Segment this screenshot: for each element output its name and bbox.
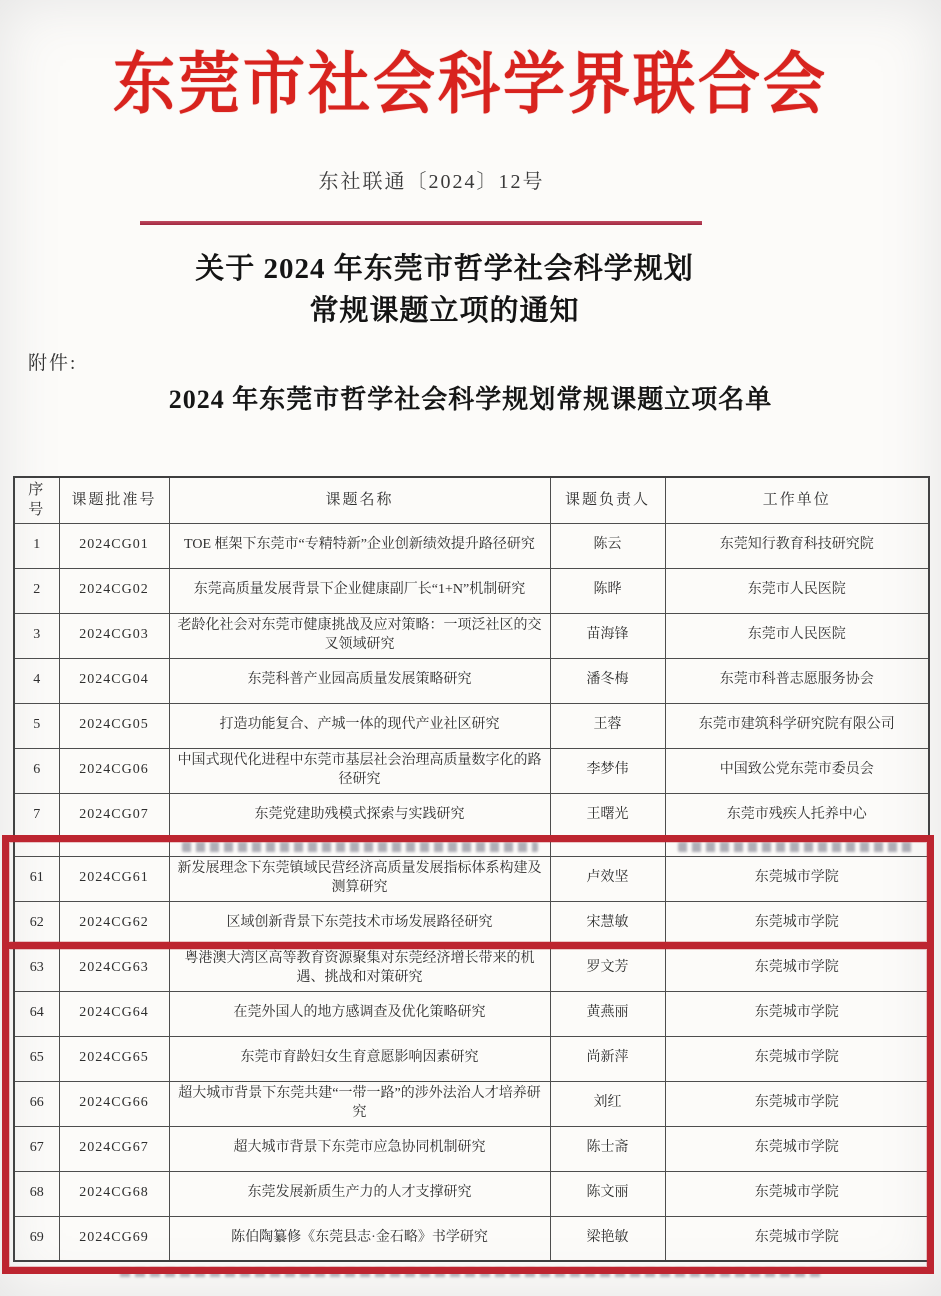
cell-no: 67 <box>14 1126 59 1171</box>
cell-code: 2024CG68 <box>59 1171 169 1216</box>
red-separator-line <box>140 221 702 225</box>
cell-leader: 尚新萍 <box>550 1036 665 1081</box>
cell-unit: 东莞城市学院 <box>665 946 929 991</box>
table-row: 642024CG64在莞外国人的地方感调查及优化策略研究黄燕丽东莞城市学院 <box>14 991 929 1036</box>
cell-no: 6 <box>14 748 59 793</box>
cell-code: 2024CG05 <box>59 703 169 748</box>
document-page: 东莞市社会科学界联合会 东社联通〔2024〕12号 关于 2024 年东莞市哲学… <box>0 0 941 1296</box>
cell-code: 2024CG03 <box>59 613 169 658</box>
obscured-text <box>678 842 917 852</box>
gap-cell <box>59 838 169 856</box>
cell-unit: 东莞城市学院 <box>665 1171 929 1216</box>
cell-code: 2024CG66 <box>59 1081 169 1126</box>
doc-number: 东社联通〔2024〕12号 <box>0 165 941 194</box>
cell-code: 2024CG04 <box>59 658 169 703</box>
org-title: 东莞市社会科学界联合会 <box>0 30 941 126</box>
cell-title: 东莞党建助残模式探索与实践研究 <box>169 793 550 838</box>
cell-leader: 李梦伟 <box>550 748 665 793</box>
cell-title: 打造功能复合、产城一体的现代产业社区研究 <box>169 703 550 748</box>
table-row: 662024CG66超大城市背景下东莞共建“一带一路”的涉外法治人才培养研究刘红… <box>14 1081 929 1126</box>
cell-title: 老龄化社会对东莞市健康挑战及应对策略：一项泛社区的交叉领域研究 <box>169 613 550 658</box>
cell-code: 2024CG69 <box>59 1216 169 1261</box>
header-title: 课题名称 <box>169 477 550 523</box>
cell-leader: 王曙光 <box>550 793 665 838</box>
list-title: 2024 年东莞市哲学社会科学规划常规课题立项名单 <box>0 379 941 416</box>
cell-no: 5 <box>14 703 59 748</box>
header-leader: 课题负责人 <box>550 477 665 523</box>
table-row: 22024CG02东莞高质量发展背景下企业健康副厂长“1+N”机制研究陈晔东莞市… <box>14 568 929 613</box>
table-row: 42024CG04东莞科普产业园高质量发展策略研究潘冬梅东莞市科普志愿服务协会 <box>14 658 929 703</box>
obscured-text-bottom <box>120 1268 820 1277</box>
header-unit: 工作单位 <box>665 477 929 523</box>
cell-unit: 东莞城市学院 <box>665 901 929 946</box>
table-row: 632024CG63粤港澳大湾区高等教育资源聚集对东莞经济增长带来的机遇、挑战和… <box>14 946 929 991</box>
cell-no: 1 <box>14 523 59 568</box>
cell-no: 66 <box>14 1081 59 1126</box>
cell-unit: 东莞城市学院 <box>665 1126 929 1171</box>
cell-code: 2024CG02 <box>59 568 169 613</box>
cell-unit: 中国致公党东莞市委员会 <box>665 748 929 793</box>
cell-leader: 陈文丽 <box>550 1171 665 1216</box>
stitched-gap-row <box>14 838 929 856</box>
cell-leader: 潘冬梅 <box>550 658 665 703</box>
table-row: 692024CG69陈伯陶纂修《东莞县志·金石略》书学研究梁艳敏东莞城市学院 <box>14 1216 929 1261</box>
table-row: 12024CG01TOE 框架下东莞市“专精特新”企业创新绩效提升路径研究陈云东… <box>14 523 929 568</box>
cell-no: 4 <box>14 658 59 703</box>
cell-unit: 东莞城市学院 <box>665 991 929 1036</box>
cell-leader: 宋慧敏 <box>550 901 665 946</box>
project-table-wrap: 序号 课题批准号 课题名称 课题负责人 工作单位 12024CG01TOE 框架… <box>13 476 928 1262</box>
cell-unit: 东莞市人民医院 <box>665 613 929 658</box>
cell-unit: 东莞城市学院 <box>665 856 929 901</box>
attachment-label: 附件: <box>28 348 77 375</box>
cell-title: 粤港澳大湾区高等教育资源聚集对东莞经济增长带来的机遇、挑战和对策研究 <box>169 946 550 991</box>
cell-unit: 东莞知行教育科技研究院 <box>665 523 929 568</box>
cell-leader: 刘红 <box>550 1081 665 1126</box>
gap-cell <box>14 838 59 856</box>
cell-code: 2024CG67 <box>59 1126 169 1171</box>
cell-no: 7 <box>14 793 59 838</box>
cell-code: 2024CG06 <box>59 748 169 793</box>
cell-no: 68 <box>14 1171 59 1216</box>
cell-title: 陈伯陶纂修《东莞县志·金石略》书学研究 <box>169 1216 550 1261</box>
notice-title: 关于 2024 年东莞市哲学社会科学规划 常规课题立项的通知 <box>0 248 941 332</box>
cell-no: 2 <box>14 568 59 613</box>
cell-title: 东莞科普产业园高质量发展策略研究 <box>169 658 550 703</box>
cell-code: 2024CG64 <box>59 991 169 1036</box>
table-row: 622024CG62区域创新背景下东莞技术市场发展路径研究宋慧敏东莞城市学院 <box>14 901 929 946</box>
cell-no: 64 <box>14 991 59 1036</box>
cell-unit: 东莞市建筑科学研究院有限公司 <box>665 703 929 748</box>
cell-title: 超大城市背景下东莞市应急协同机制研究 <box>169 1126 550 1171</box>
table-body: 12024CG01TOE 框架下东莞市“专精特新”企业创新绩效提升路径研究陈云东… <box>14 523 929 1261</box>
cell-code: 2024CG07 <box>59 793 169 838</box>
cell-unit: 东莞市科普志愿服务协会 <box>665 658 929 703</box>
cell-leader: 黄燕丽 <box>550 991 665 1036</box>
cell-title: 东莞高质量发展背景下企业健康副厂长“1+N”机制研究 <box>169 568 550 613</box>
cell-title: 中国式现代化进程中东莞市基层社会治理高质量数字化的路径研究 <box>169 748 550 793</box>
cell-leader: 陈晔 <box>550 568 665 613</box>
table-row: 52024CG05打造功能复合、产城一体的现代产业社区研究王蓉东莞市建筑科学研究… <box>14 703 929 748</box>
cell-leader: 陈云 <box>550 523 665 568</box>
table-row: 72024CG07东莞党建助残模式探索与实践研究王曙光东莞市残疾人托养中心 <box>14 793 929 838</box>
table-row: 62024CG06中国式现代化进程中东莞市基层社会治理高质量数字化的路径研究李梦… <box>14 748 929 793</box>
table-header-row: 序号 课题批准号 课题名称 课题负责人 工作单位 <box>14 477 929 523</box>
cell-title: 新发展理念下东莞镇域民营经济高质量发展指标体系构建及测算研究 <box>169 856 550 901</box>
table-row: 672024CG67超大城市背景下东莞市应急协同机制研究陈士斋东莞城市学院 <box>14 1126 929 1171</box>
cell-leader: 卢效坚 <box>550 856 665 901</box>
project-table: 序号 课题批准号 课题名称 课题负责人 工作单位 12024CG01TOE 框架… <box>13 476 930 1262</box>
gap-cell <box>550 838 665 856</box>
cell-no: 69 <box>14 1216 59 1261</box>
cell-leader: 罗文芳 <box>550 946 665 991</box>
cell-leader: 陈士斋 <box>550 1126 665 1171</box>
cell-unit: 东莞城市学院 <box>665 1081 929 1126</box>
gap-cell <box>665 838 929 856</box>
cell-title: 东莞市育龄妇女生育意愿影响因素研究 <box>169 1036 550 1081</box>
cell-no: 65 <box>14 1036 59 1081</box>
cell-leader: 梁艳敏 <box>550 1216 665 1261</box>
cell-code: 2024CG63 <box>59 946 169 991</box>
header-no: 序号 <box>14 477 59 523</box>
notice-title-line1: 关于 2024 年东莞市哲学社会科学规划 <box>0 248 941 290</box>
cell-no: 61 <box>14 856 59 901</box>
cell-no: 3 <box>14 613 59 658</box>
cell-code: 2024CG61 <box>59 856 169 901</box>
gap-cell <box>169 838 550 856</box>
cell-code: 2024CG01 <box>59 523 169 568</box>
cell-unit: 东莞市残疾人托养中心 <box>665 793 929 838</box>
cell-unit: 东莞城市学院 <box>665 1216 929 1261</box>
obscured-text <box>182 842 538 852</box>
cell-code: 2024CG65 <box>59 1036 169 1081</box>
table-row: 612024CG61新发展理念下东莞镇域民营经济高质量发展指标体系构建及测算研究… <box>14 856 929 901</box>
cell-title: 超大城市背景下东莞共建“一带一路”的涉外法治人才培养研究 <box>169 1081 550 1126</box>
cell-title: 在莞外国人的地方感调查及优化策略研究 <box>169 991 550 1036</box>
cell-leader: 苗海锋 <box>550 613 665 658</box>
cell-unit: 东莞市人民医院 <box>665 568 929 613</box>
table-row: 32024CG03老龄化社会对东莞市健康挑战及应对策略：一项泛社区的交叉领域研究… <box>14 613 929 658</box>
header-code: 课题批准号 <box>59 477 169 523</box>
notice-title-line2: 常规课题立项的通知 <box>0 290 941 332</box>
table-row: 652024CG65东莞市育龄妇女生育意愿影响因素研究尚新萍东莞城市学院 <box>14 1036 929 1081</box>
cell-code: 2024CG62 <box>59 901 169 946</box>
cell-title: TOE 框架下东莞市“专精特新”企业创新绩效提升路径研究 <box>169 523 550 568</box>
cell-no: 63 <box>14 946 59 991</box>
table-row: 682024CG68东莞发展新质生产力的人才支撑研究陈文丽东莞城市学院 <box>14 1171 929 1216</box>
cell-unit: 东莞城市学院 <box>665 1036 929 1081</box>
cell-leader: 王蓉 <box>550 703 665 748</box>
cell-no: 62 <box>14 901 59 946</box>
cell-title: 区域创新背景下东莞技术市场发展路径研究 <box>169 901 550 946</box>
cell-title: 东莞发展新质生产力的人才支撑研究 <box>169 1171 550 1216</box>
